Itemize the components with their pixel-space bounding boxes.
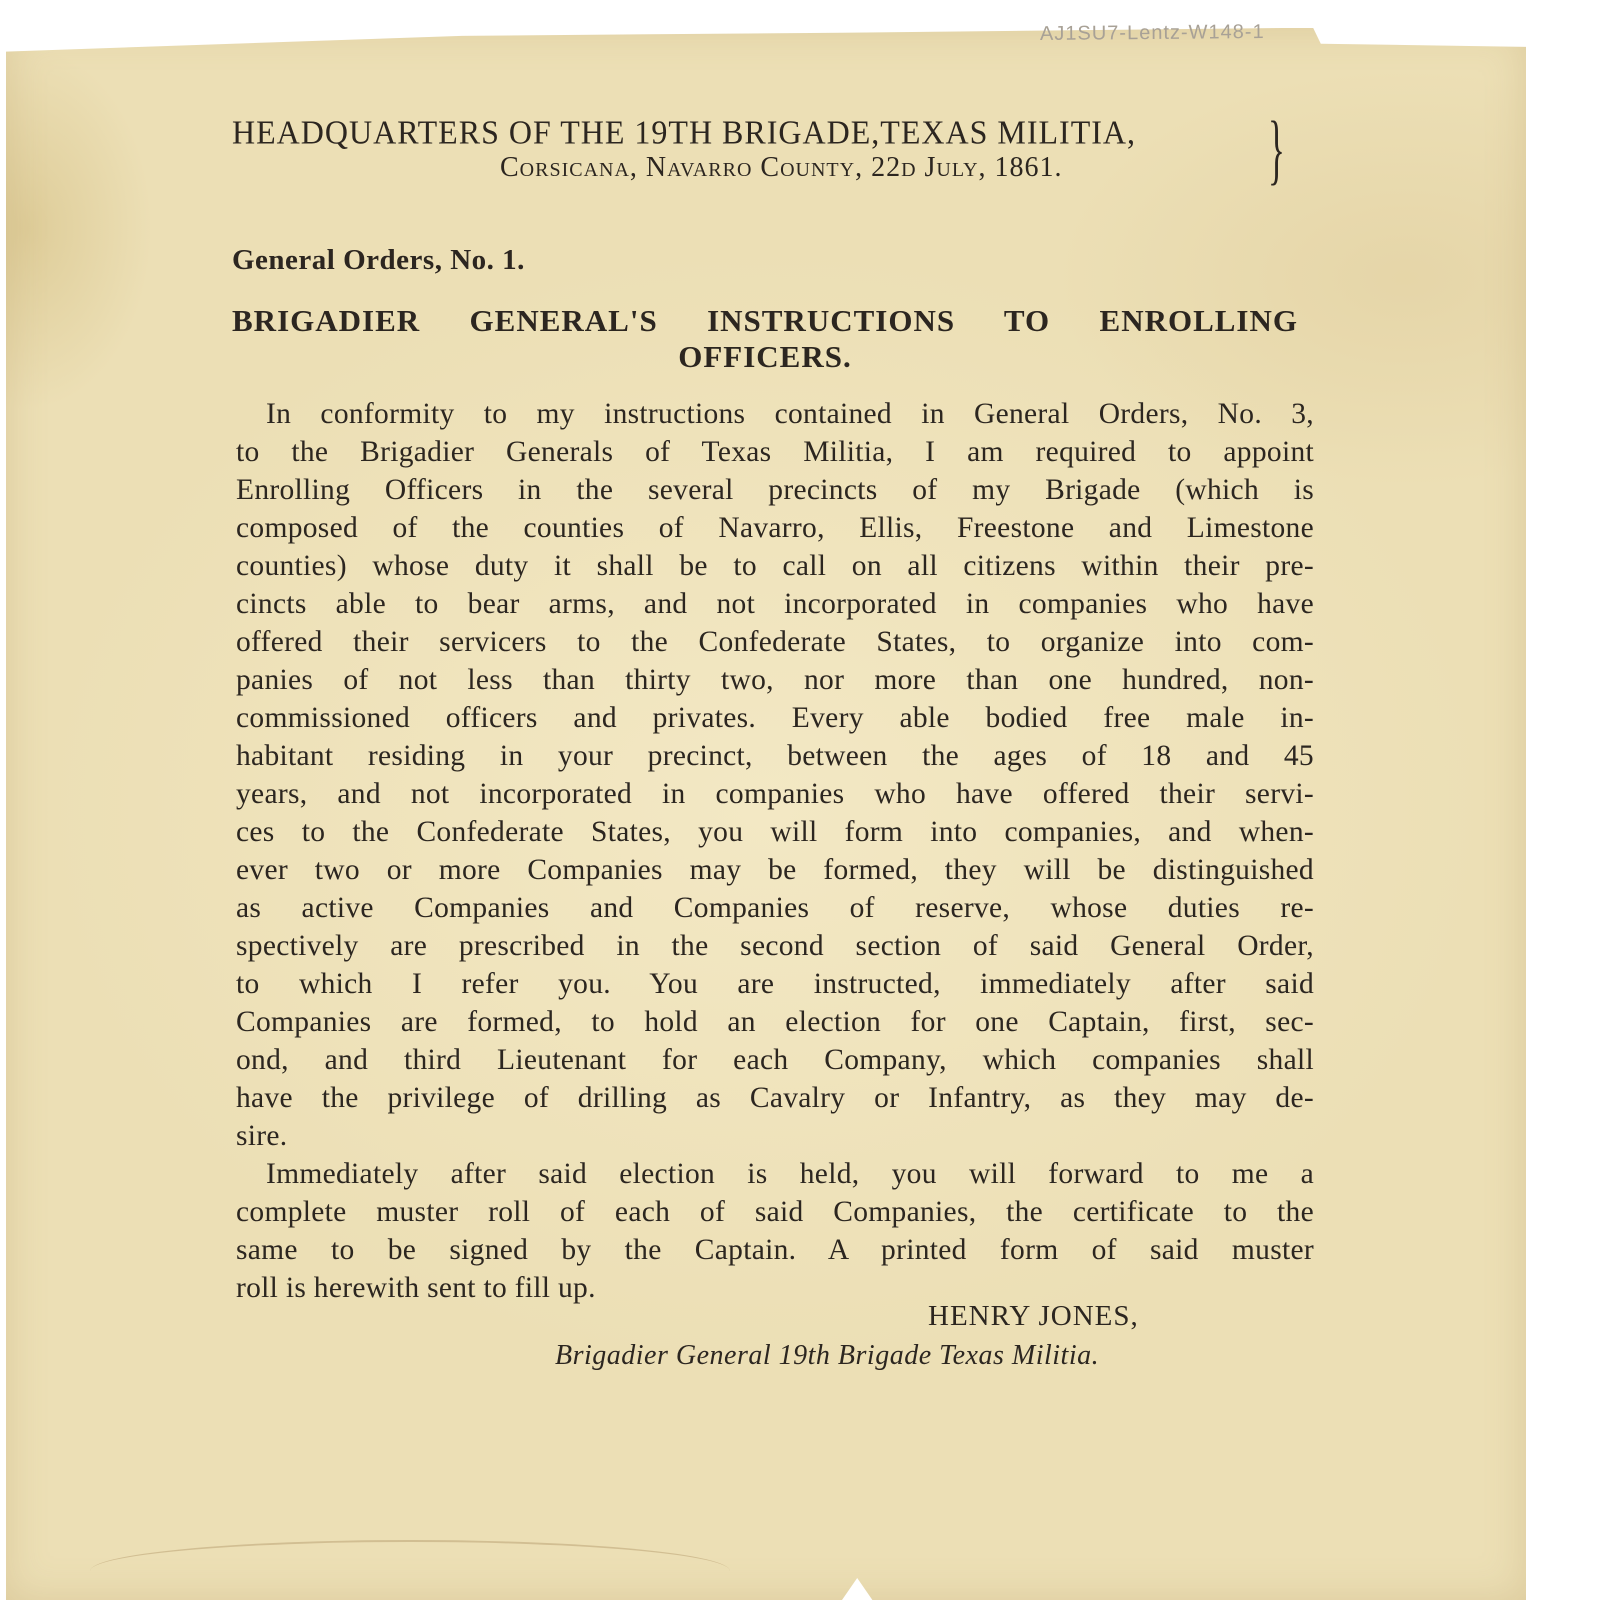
body-line: to the Brigadier Generals of Texas Milit… [236, 433, 1314, 471]
body-line: Enrolling Officers in the several precin… [236, 471, 1314, 509]
body-line: to which I refer you. You are instructed… [236, 965, 1314, 1003]
body-line: roll is herewith sent to fill up. [236, 1269, 1314, 1307]
paragraph-2: Immediately after said election is held,… [236, 1155, 1314, 1307]
body-line: counties) whose duty it shall be to call… [236, 547, 1314, 585]
body-line: In conformity to my instructions contain… [236, 395, 1314, 433]
body-line: have the privilege of drilling as Cavalr… [236, 1079, 1314, 1117]
body-line: complete muster roll of each of said Com… [236, 1193, 1314, 1231]
body-line: ever two or more Companies may be formed… [236, 851, 1314, 889]
body-line: panies of not less than thirty two, nor … [236, 661, 1314, 699]
signature-title: Brigadier General 19th Brigade Texas Mil… [555, 1340, 1099, 1372]
body-line: cincts able to bear arms, and not incorp… [236, 585, 1314, 623]
body-line: habitant residing in your precinct, betw… [236, 737, 1314, 775]
body-line: offered their servicers to the Confedera… [236, 623, 1314, 661]
body-line: Immediately after said election is held,… [236, 1155, 1314, 1193]
header-headquarters: HEADQUARTERS OF THE 19TH BRIGADE,TEXAS M… [232, 113, 1136, 152]
title-line-1: BRIGADIER GENERAL'S INSTRUCTIONS TO ENRO… [232, 303, 1298, 339]
document-body: In conformity to my instructions contain… [236, 395, 1314, 1307]
body-line: ond, and third Lieutenant for each Compa… [236, 1041, 1314, 1079]
title-line-2: OFFICERS. [678, 339, 852, 374]
body-line: sire. [236, 1117, 1314, 1155]
body-line: as active Companies and Companies of res… [236, 889, 1314, 927]
paragraph-1: In conformity to my instructions contain… [236, 395, 1314, 1155]
catalog-pencil-mark: AJ1SU7-Lentz-W148-1 [1040, 21, 1265, 46]
fold-stain [90, 1540, 730, 1602]
body-line: Companies are formed, to hold an electio… [236, 1003, 1314, 1041]
body-line: years, and not incorporated in companies… [236, 775, 1314, 813]
body-line: ces to the Confederate States, you will … [236, 813, 1314, 851]
body-line: same to be signed by the Captain. A prin… [236, 1231, 1314, 1269]
brace-icon: } [1268, 110, 1285, 188]
document-title: BRIGADIER GENERAL'S INSTRUCTIONS TO ENRO… [232, 303, 1298, 375]
body-line: spectively are prescribed in the second … [236, 927, 1314, 965]
body-line: composed of the counties of Navarro, Ell… [236, 509, 1314, 547]
signature-name: HENRY JONES, [928, 1300, 1139, 1333]
orders-label: General Orders, No. 1. [232, 244, 525, 277]
body-line: commissioned officers and privates. Ever… [236, 699, 1314, 737]
header-location-date: Corsicana, Navarro County, 22d July, 186… [500, 152, 1063, 184]
